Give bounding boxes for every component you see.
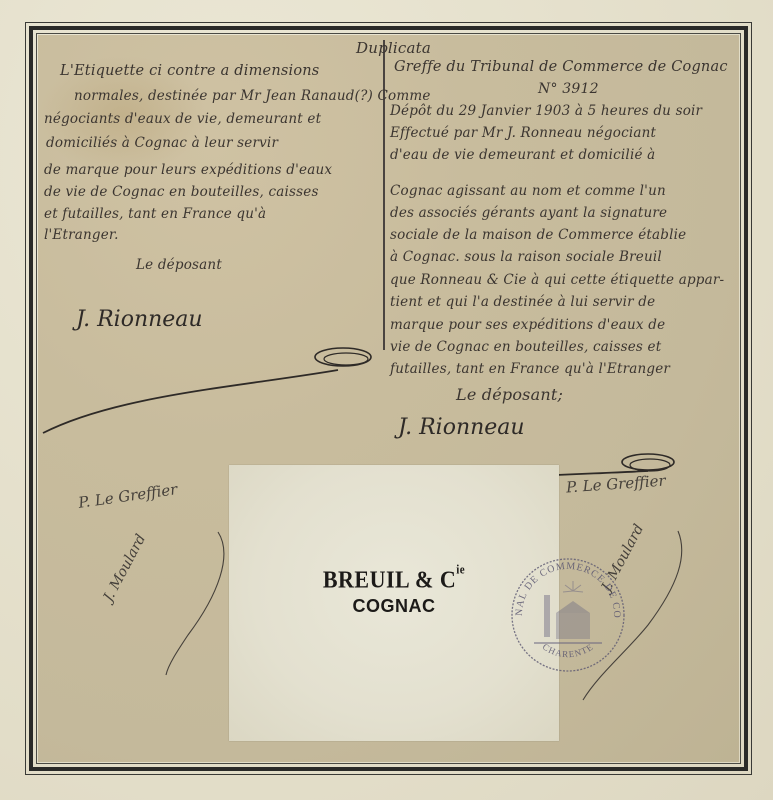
right-line: tient et qui l'a destinée à lui servir d… <box>390 294 655 310</box>
greffier-signature-left: J. Moulard <box>100 532 149 605</box>
left-line: L'Etiquette ci contre a dimensions <box>60 63 319 79</box>
right-line: futailles, tant en France qu'à l'Etrange… <box>390 361 670 377</box>
right-line: Cognac agissant au nom et comme l'un <box>390 183 666 199</box>
left-line: l'Etranger. <box>44 227 119 243</box>
left-line: négociants d'eaux de vie, demeurant et <box>44 111 321 127</box>
right-header: Greffe du Tribunal de Commerce de Cognac <box>394 59 728 75</box>
right-line: Dépôt du 29 Janvier 1903 à 5 heures du s… <box>390 103 702 119</box>
tribunal-seal-stamp: TRIBUNAL DE COMMERCE DE COGNAC CHARENTE <box>508 555 628 675</box>
right-closing: Le déposant; <box>456 385 563 404</box>
right-line: que Ronneau & Cie à qui cette étiquette … <box>390 272 724 288</box>
duplicata-annotation: Duplicata <box>356 39 431 57</box>
right-line: marque pour ses expéditions d'eaux de <box>390 317 665 333</box>
left-closing: Le déposant <box>136 257 222 273</box>
right-line: sociale de la maison de Commerce établie <box>390 227 686 243</box>
left-line: domiciliés à Cognac à leur servir <box>46 135 278 151</box>
svg-text:CHARENTE: CHARENTE <box>541 642 595 660</box>
registry-number: N° 3912 <box>538 81 599 97</box>
left-line: de vie de Cognac en bouteilles, caisses <box>44 184 319 200</box>
right-signature: J. Rionneau <box>398 415 525 440</box>
left-line: et futailles, tant en France qu'à <box>44 206 266 222</box>
left-signature: J. Rionneau <box>76 307 203 332</box>
right-line: des associés gérants ayant la signature <box>390 205 667 221</box>
left-line: normales, destinée par Mr Jean Ranaud(?)… <box>74 88 431 104</box>
right-line: d'eau de vie demeurant et domicilié à <box>390 147 655 163</box>
greffier-title-right: P. Le Greffier <box>565 472 666 497</box>
right-line: vie de Cognac en bouteilles, caisses et <box>390 339 661 355</box>
greffier-title-left: P. Le Greffier <box>77 480 178 512</box>
column-divider <box>383 40 385 350</box>
seal-text-bottom: CHARENTE <box>541 642 595 660</box>
left-line: de marque pour leurs expéditions d'eaux <box>44 162 332 178</box>
right-line: Effectué par Mr J. Ronneau négociant <box>390 125 656 141</box>
right-line: à Cognac. sous la raison sociale Breuil <box>390 249 662 265</box>
document-paper: Duplicata L'Etiquette ci contre a dimens… <box>38 35 739 762</box>
